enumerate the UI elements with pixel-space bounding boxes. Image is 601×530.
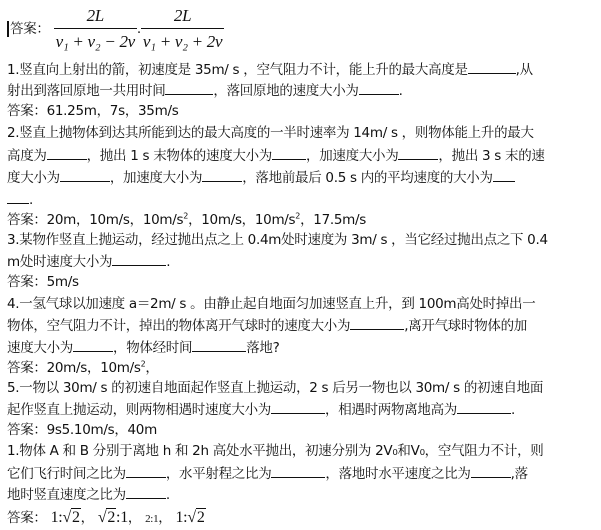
answer-blank[interactable]: [272, 145, 306, 160]
answer-blank[interactable]: [7, 189, 29, 204]
answer-blank[interactable]: [192, 337, 246, 352]
q6-line3: 地时竖直速度之比为.: [7, 484, 170, 504]
fraction-1: 2L v₁ + v₂ − 2v: [54, 6, 137, 52]
q5-line1: 5.一物以 30m/ s 的初速自地面起作竖直上抛运动，2 s 后另一物也以 3…: [7, 378, 543, 398]
answer-blank[interactable]: [271, 463, 325, 478]
q2-line3: 度大小为，加速度大小为，落地前最后 0.5 s 内的平均速度的大小为: [7, 167, 515, 187]
answer-blank[interactable]: [112, 251, 166, 266]
q4-line1: 4.一氢气球以加速度 a＝2m/ s 。由静止起自地面匀加速竖直上升，到 100…: [7, 294, 535, 314]
q2-line1: 2.竖直上抛物体到达其所能到达的最大高度的一半时速率为 14m/ s ，则物体能…: [7, 123, 534, 143]
answer-label: 答案：: [10, 21, 50, 37]
q1-answer: 答案：61.25m，7s，35m/s: [7, 101, 178, 121]
answer-blank[interactable]: [471, 463, 511, 478]
q5-line2: 起作竖直上抛运动，则两物相遇时速度大小为，相遇时两物离地高为.: [7, 399, 515, 419]
q4-answer: 答案：20m/s，10m/s2，: [7, 358, 159, 378]
q5-answer: 答案：9s5.10m/s，40m: [7, 420, 157, 440]
answer-blank[interactable]: [165, 80, 213, 95]
q2-line2: 高度为，抛出 1 s 末物体的速度大小为，加速度大小为，抛出 3 s 末的速: [7, 145, 545, 165]
q3-answer: 答案：5m/s: [7, 272, 79, 292]
q1-line1: 1.竖直向上射出的箭，初速度是 35m/ s ，空气阻力不计，能上升的最大高度是…: [7, 59, 533, 79]
q2-answer: 答案：20m，10m/s，10m/s2，10m/s，10m/s2，17.5m/s: [7, 210, 366, 230]
answer-blank[interactable]: [457, 399, 511, 414]
answer-blank[interactable]: [47, 145, 87, 160]
answer-blank[interactable]: [126, 463, 166, 478]
q1-line2: 射出到落回原地一共用时间，落回原地的速度大小为.: [7, 80, 403, 100]
header-answer: 答案： 2L v₁ + v₂ − 2v . 2L v₁ + v₂ + 2v: [7, 6, 224, 50]
answer-blank[interactable]: [493, 167, 515, 182]
answer-blank[interactable]: [359, 80, 399, 95]
q6-answer: 答案： 1:√2， √2:1， 2:1， 1:√2: [7, 507, 206, 529]
q3-line1: 3.某物作竖直上抛运动，经过抛出点之上 0.4m处时速度为 3m/ s ，当它经…: [7, 230, 548, 250]
answer-blank[interactable]: [350, 315, 404, 330]
text-cursor: [7, 21, 9, 37]
answer-blank[interactable]: [468, 59, 516, 74]
q4-line2: 物体，空气阻力不计，掉出的物体离开气球时的速度大小为,离开气球时物体的加: [7, 315, 527, 335]
answer-blank[interactable]: [202, 167, 242, 182]
fraction-2: 2L v₁ + v₂ + 2v: [141, 6, 224, 52]
sqrt-symbol: √2: [187, 508, 205, 526]
answer-blank[interactable]: [60, 167, 110, 182]
answer-blank[interactable]: [126, 484, 166, 499]
q4-line3: 速度大小为，物体经时间落地?: [7, 337, 279, 357]
q6-line2: 它们飞行时间之比为，水平射程之比为，落地时水平速度之比为,落: [7, 463, 528, 483]
q6-line1: 1.物体 A 和 B 分别于离地 h 和 2h 高处水平抛出，初速分别为 2V₀…: [7, 441, 543, 461]
q2-line4: .: [7, 189, 33, 209]
answer-blank[interactable]: [398, 145, 438, 160]
q3-line2: m处时速度大小为.: [7, 251, 170, 271]
sqrt-symbol: √2: [62, 508, 80, 526]
answer-blank[interactable]: [73, 337, 113, 352]
answer-blank[interactable]: [271, 399, 325, 414]
sqrt-symbol: √2: [98, 508, 116, 526]
